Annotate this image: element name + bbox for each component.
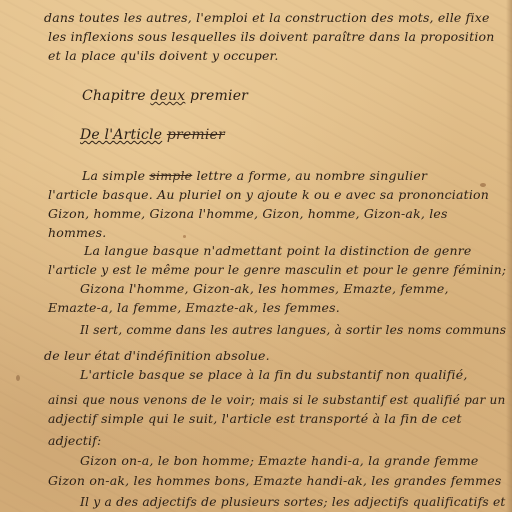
section-struck-word: premier: [167, 127, 225, 143]
text-line: Gizona l'homme, Gizon-ak, les hommes, Em…: [80, 281, 449, 296]
text-line: ainsi que nous venons de le voir; mais s…: [48, 392, 505, 407]
chapter-struck-word: deux: [150, 88, 185, 104]
text-line: de leur état d'indéfinition absolue.: [44, 348, 270, 363]
text-line: Gizon, homme, Gizona l'homme, Gizon, hom…: [48, 206, 448, 221]
text-line: Emazte-a, la femme, Emazte-ak, les femme…: [48, 300, 340, 315]
chapter-label: Chapitre: [82, 88, 146, 104]
text-line: Gizon on-ak, les hommes bons, Emazte han…: [48, 473, 501, 488]
text-line: La langue basque n'admettant point la di…: [84, 243, 472, 258]
text-line: adjectif:: [48, 433, 101, 448]
text-line: l'article basque. Au pluriel on y ajoute…: [48, 187, 489, 202]
text-line: adjectif simple qui le suit, l'article e…: [48, 411, 462, 426]
text-span: lettre a forme, au nombre singulier: [196, 168, 427, 183]
text-line: La simple simple lettre a forme, au nomb…: [82, 168, 427, 183]
section-title: De l'Article: [80, 127, 162, 143]
text-line: et la place qu'ils doivent y occuper.: [48, 48, 279, 63]
text-line: Il sert, comme dans les autres langues, …: [80, 322, 506, 337]
text-line: Il y a des adjectifs de plusieurs sortes…: [80, 494, 506, 509]
chapter-heading: Chapitre deux premier: [82, 88, 248, 104]
text-span: La simple: [82, 168, 145, 183]
text-line: Gizon on-a, le bon homme; Emazte handi-a…: [80, 453, 479, 468]
text-line: hommes.: [48, 225, 106, 240]
stain-spot: [16, 375, 20, 381]
text-line: L'article basque se place à la fin du su…: [80, 367, 468, 382]
struck-word: simple: [149, 168, 192, 183]
chapter-number: premier: [190, 88, 248, 104]
page-edge: [506, 0, 512, 512]
text-line: l'article y est le même pour le genre ma…: [48, 262, 506, 277]
stain-spot: [183, 235, 186, 238]
text-line: dans toutes les autres, l'emploi et la c…: [44, 10, 490, 25]
text-line: les inflexions sous lesquelles ils doive…: [48, 29, 495, 44]
section-heading: De l'Article premier: [80, 127, 225, 143]
manuscript-page: dans toutes les autres, l'emploi et la c…: [0, 0, 512, 512]
